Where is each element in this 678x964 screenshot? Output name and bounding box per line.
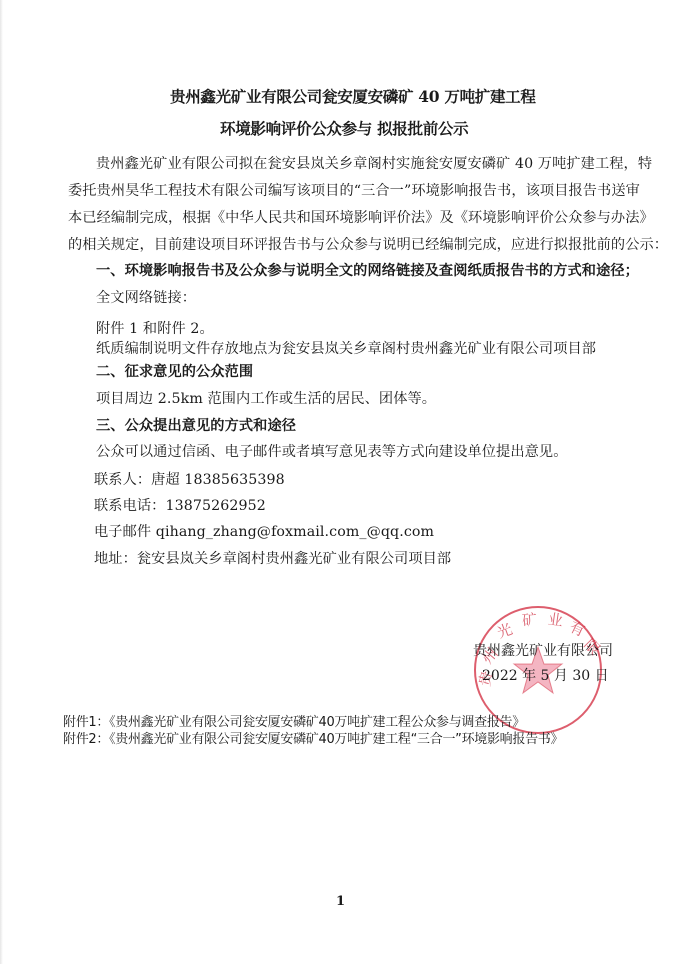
intro-line-3: 本已经编制完成，根据《中华人民共和国环境影响评价法》及《环境影响评价公众参与办法… (68, 209, 654, 227)
scan-edge-shadow (0, 0, 3, 964)
contact-person: 联系人：唐超 18385635398 (94, 471, 285, 489)
contact-address: 地址：瓮安县岚关乡章阁村贵州鑫光矿业有限公司项目部 (94, 550, 451, 568)
section2-body: 项目周边 2.5km 范围内工作或生活的居民、团体等。 (96, 390, 436, 408)
contact-phone: 联系电话：13875262952 (94, 497, 266, 515)
paper-copy-location: 纸质编制说明文件存放地点为瓮安县岚关乡章阁村贵州鑫光矿业有限公司项目部 (96, 340, 596, 358)
section2-heading: 二、征求意见的公众范围 (96, 363, 253, 381)
section1-heading: 一、环境影响报告书及公众参与说明全文的网络链接及查阅纸质报告书的方式和途径； (96, 262, 639, 280)
signature-company: 贵州鑫光矿业有限公司 (473, 642, 613, 660)
attachments-reference: 附件 1 和附件 2。 (96, 320, 214, 338)
annex-2: 附件2：《贵州鑫光矿业有限公司瓮安厦安磷矿40万吨扩建工程“三合一”环境影响报告… (63, 731, 563, 749)
annex-1: 附件1：《贵州鑫光矿业有限公司瓮安厦安磷矿40万吨扩建工程公众参与调查报告》 (63, 714, 525, 732)
seal-arc-char: 业 (547, 608, 565, 631)
document-title-line2: 环境影响评价公众参与 拟报批前公示 (220, 120, 468, 138)
section3-body: 公众可以通过信函、电子邮件或者填写意见表等方式向建设单位提出意见。 (96, 443, 568, 461)
contact-email: 电子邮件 qihang_zhang@foxmail.com_@qq.com (94, 523, 434, 541)
page-number: 1 (336, 894, 345, 909)
intro-line-4: 的相关规定，目前建设项目环评报告书与公众参与说明已经编制完成，应进行拟报批前的公… (68, 236, 668, 254)
full-text-link-label: 全文网络链接： (96, 289, 196, 307)
intro-line-1: 贵州鑫光矿业有限公司拟在瓮安县岚关乡章阁村实施瓮安厦安磷矿 40 万吨扩建工程，… (96, 155, 652, 173)
section3-heading: 三、公众提出意见的方式和途径 (96, 417, 296, 435)
intro-line-2: 委托贵州昊华工程技术有限公司编写该项目的“三合一”环境影响报告书，该项目报告书送… (68, 182, 640, 200)
document-title-line1: 贵州鑫光矿业有限公司瓮安厦安磷矿 40 万吨扩建工程 (170, 88, 536, 106)
signature-date: 2022 年 5 月 30 日 (482, 667, 609, 685)
seal-arc-char: 矿 (521, 608, 538, 630)
document-page: 贵州鑫光矿业有限公司瓮安厦安磷矿 40 万吨扩建工程 环境影响评价公众参与 拟报… (0, 0, 678, 964)
